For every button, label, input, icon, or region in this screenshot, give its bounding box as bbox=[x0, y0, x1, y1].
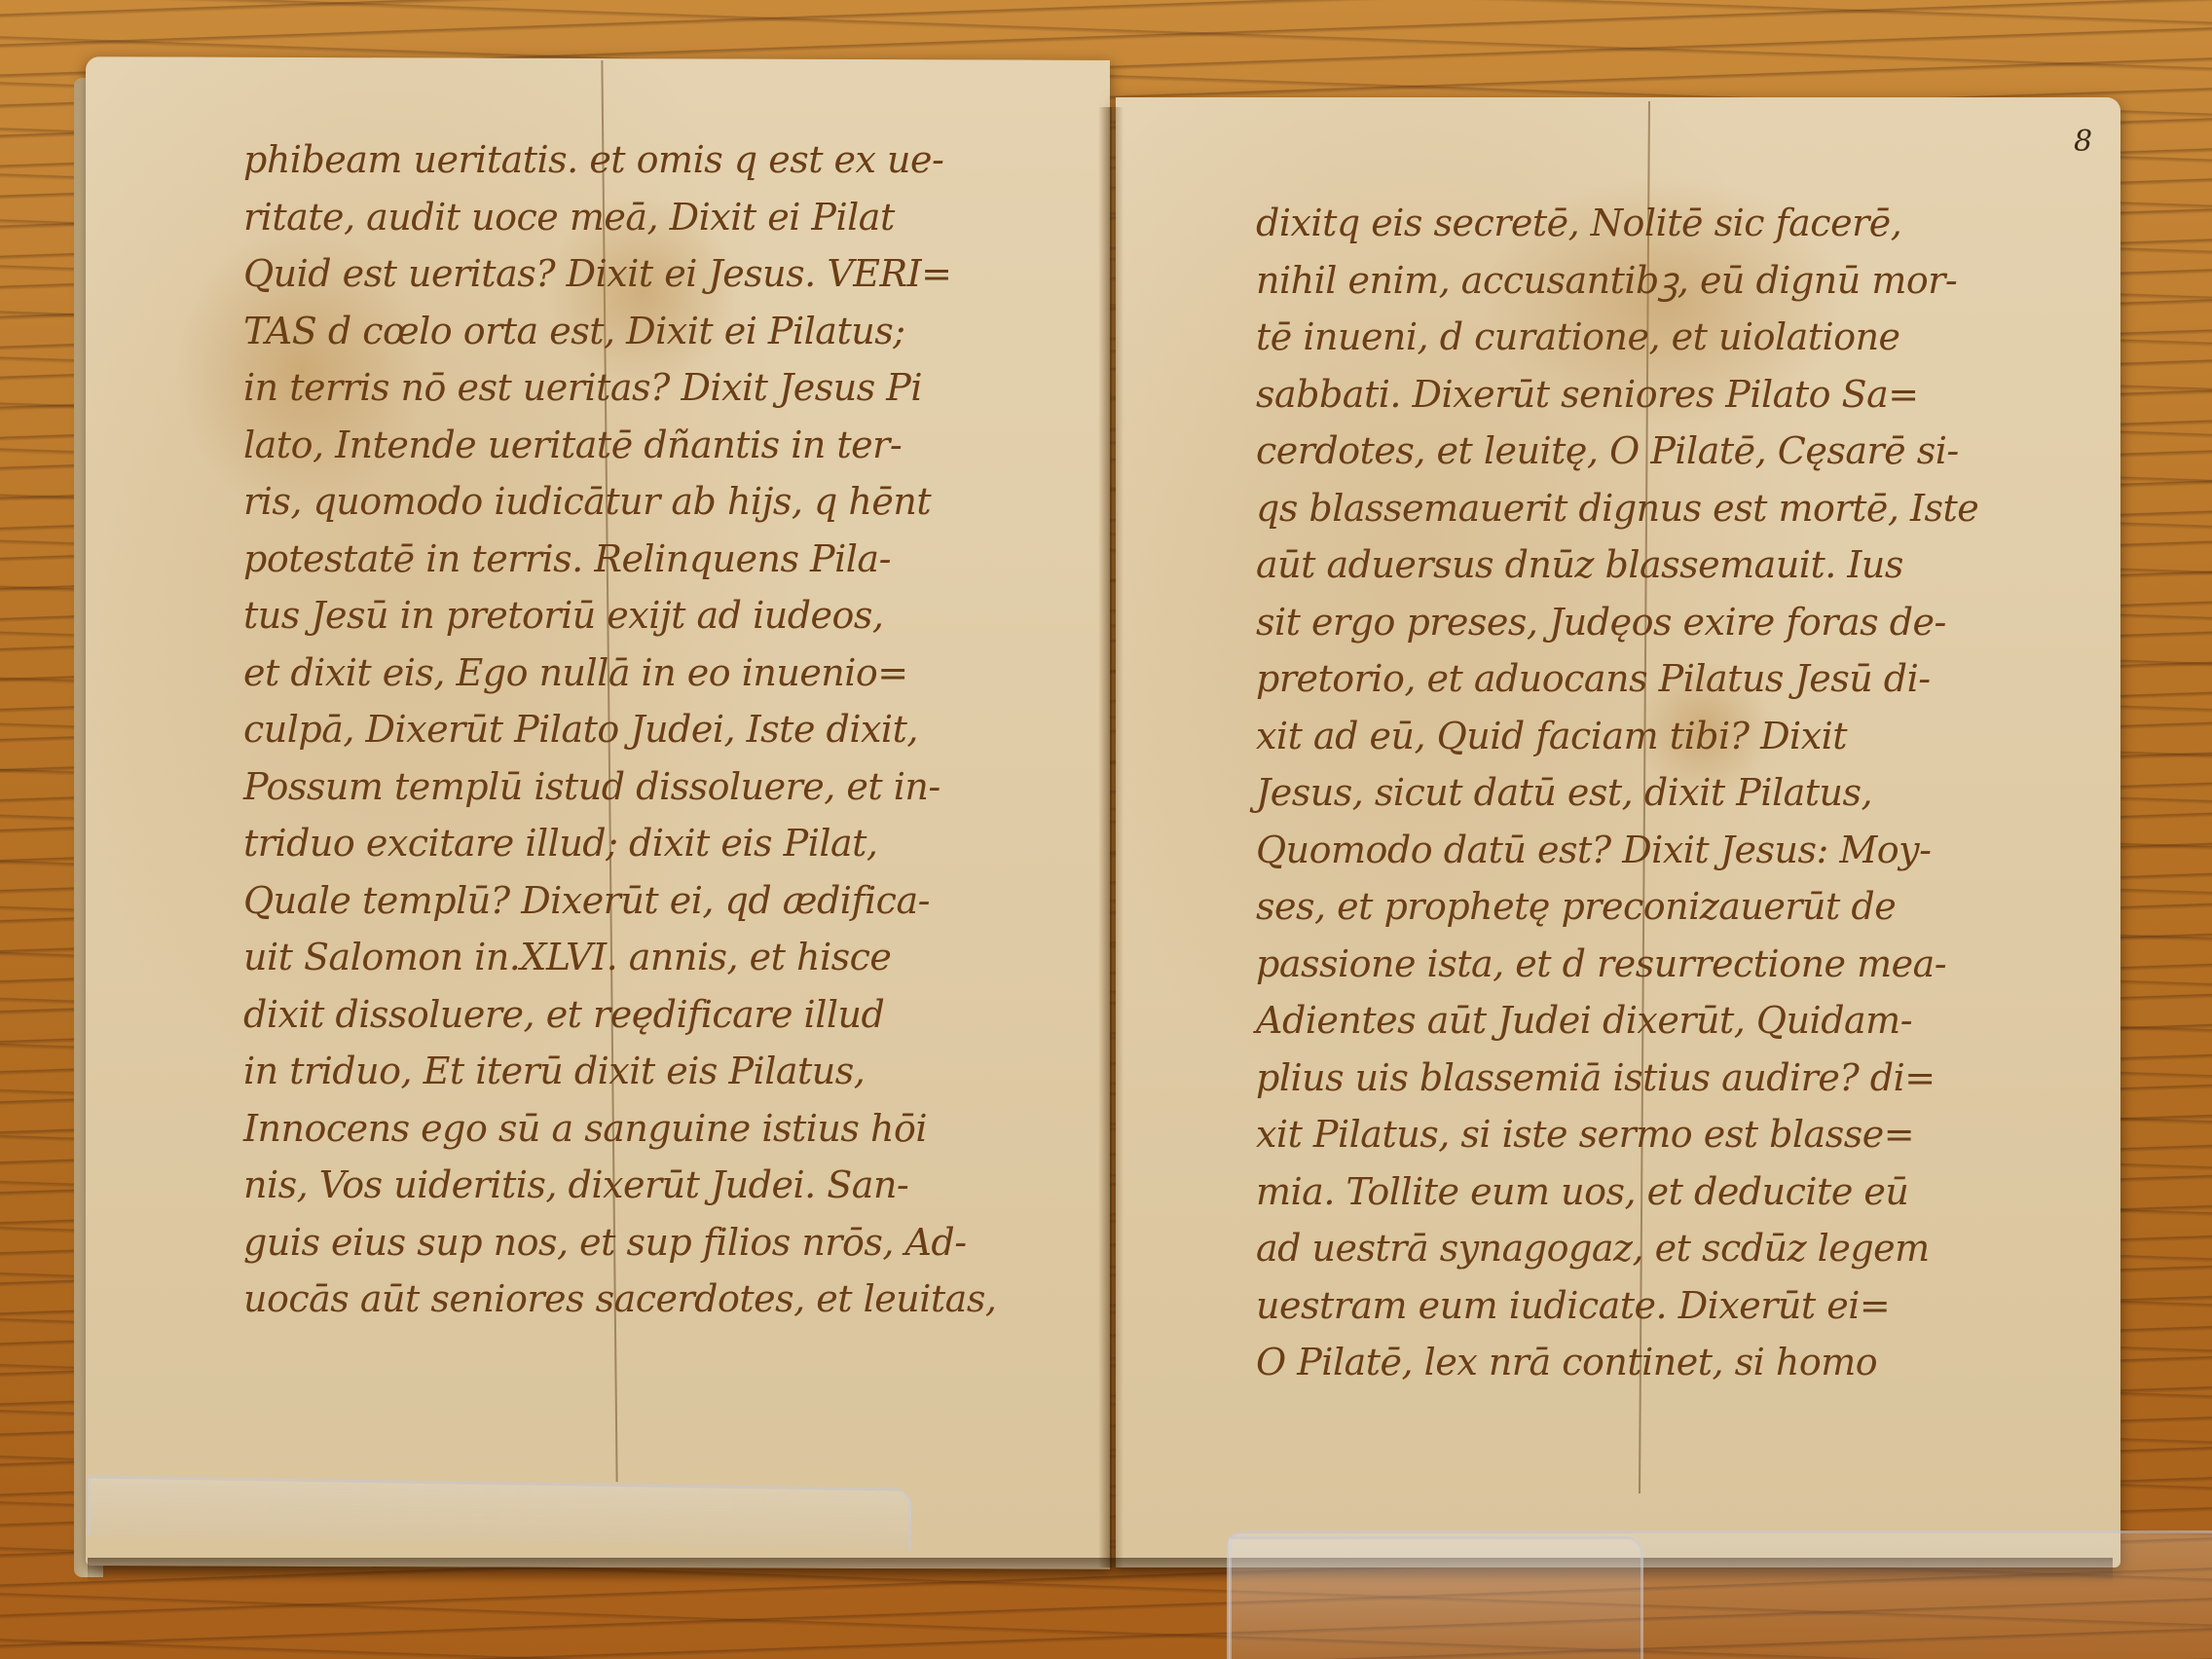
left-page-text: phibeam ueritatis. et omis q est ex ue- … bbox=[243, 131, 1013, 1328]
manuscript-line: uocās aūt seniores sacerdotes, et leuita… bbox=[243, 1271, 1013, 1328]
manuscript-line: phibeam ueritatis. et omis q est ex ue- bbox=[243, 131, 1013, 189]
manuscript-line: ritate, audit uoce meā, Dixit ei Pilat bbox=[243, 189, 1013, 246]
manuscript-line: dixitq eis secretē, Nolitē sic facerē, bbox=[1256, 195, 2035, 252]
manuscript-line: sabbati. Dixerūt seniores Pilato Sa= bbox=[1256, 366, 2035, 424]
manuscript-line: plius uis blassemiā istius audire? di= bbox=[1256, 1050, 2035, 1107]
manuscript-line: ris, quomodo iudicātur ab hijs, q hēnt bbox=[243, 473, 1013, 531]
book-gutter-fold bbox=[1098, 107, 1124, 1567]
manuscript-line: nihil enim, accusantibꝫ, eū dignū mor- bbox=[1256, 252, 2035, 310]
manuscript-line: tē inueni, d curatione, et uiolatione bbox=[1256, 309, 2035, 366]
manuscript-line: guis eius sup nos, et sup filios nrōs, A… bbox=[243, 1214, 1013, 1272]
manuscript-line: Innocens ego sū a sanguine istius hōi bbox=[243, 1100, 1013, 1158]
manuscript-line: in triduo, Et iterū dixit eis Pilatus, bbox=[243, 1043, 1013, 1100]
manuscript-line: sit ergo preses, Judęos exire foras de- bbox=[1256, 594, 2035, 651]
manuscript-line: Jesus, sicut datū est, dixit Pilatus, bbox=[1256, 764, 2035, 822]
manuscript-line: O Pilatē, lex nrā continet, si homo bbox=[1256, 1334, 2035, 1391]
manuscript-line: qs blassemauerit dignus est mortē, Iste bbox=[1256, 480, 2035, 537]
manuscript-line: passione ista, et d resurrectione mea- bbox=[1256, 936, 2035, 993]
manuscript-line: cerdotes, et leuitę, O Pilatē, Cęsarē si… bbox=[1256, 423, 2035, 480]
manuscript-line: Possum templū istud dissoluere, et in- bbox=[243, 758, 1013, 816]
right-page-text: dixitq eis secretē, Nolitē sic facerē, n… bbox=[1256, 195, 2035, 1391]
manuscript-line: Adientes aūt Judei dixerūt, Quidam- bbox=[1256, 992, 2035, 1050]
manuscript-line: dixit dissoluere, et reędificare illud bbox=[243, 986, 1013, 1044]
manuscript-line: potestatē in terris. Relinquens Pila- bbox=[243, 531, 1013, 588]
manuscript-line: Quomodo datū est? Dixit Jesus: Moy- bbox=[1256, 822, 2035, 879]
manuscript-line: aūt aduersus dnūz blassemauit. Ius bbox=[1256, 536, 2035, 594]
manuscript-line: pretorio, et aduocans Pilatus Jesū di- bbox=[1256, 650, 2035, 708]
manuscript-line: culpā, Dixerūt Pilato Judei, Iste dixit, bbox=[243, 701, 1013, 758]
acrylic-stand-right-upright bbox=[1229, 1536, 1643, 1659]
manuscript-line: uestram eum iudicate. Dixerūt ei= bbox=[1256, 1277, 2035, 1335]
manuscript-line: uit Salomon in.XLVI. annis, et hisce bbox=[243, 929, 1013, 986]
manuscript-line: ad uestrā synagogaz, et scdūz legem bbox=[1256, 1220, 2035, 1277]
manuscript-line: mia. Tollite eum uos, et deducite eū bbox=[1256, 1163, 2035, 1221]
acrylic-stand-left-clip bbox=[88, 1475, 911, 1549]
manuscript-line: TAS d cœlo orta est, Dixit ei Pilatus; bbox=[243, 303, 1013, 360]
manuscript-line: Quid est ueritas? Dixit ei Jesus. VERI= bbox=[243, 245, 1013, 303]
manuscript-line: Quale templū? Dixerūt ei, qd ædifica- bbox=[243, 872, 1013, 930]
manuscript-line: ses, et prophetę preconizauerūt de bbox=[1256, 878, 2035, 936]
manuscript-line: triduo excitare illud; dixit eis Pilat, bbox=[243, 815, 1013, 872]
manuscript-line: et dixit eis, Ego nullā in eo inuenio= bbox=[243, 645, 1013, 702]
manuscript-line: in terris nō est ueritas? Dixit Jesus Pi bbox=[243, 359, 1013, 417]
manuscript-line: xit Pilatus, si iste sermo est blasse= bbox=[1256, 1106, 2035, 1163]
manuscript-line: xit ad eū, Quid faciam tibi? Dixit bbox=[1256, 708, 2035, 765]
folio-number: 8 bbox=[2074, 125, 2092, 159]
manuscript-line: lato, Intende ueritatē dñantis in ter- bbox=[243, 417, 1013, 474]
manuscript-line: nis, Vos uideritis, dixerūt Judei. San- bbox=[243, 1157, 1013, 1214]
manuscript-line: tus Jesū in pretoriū exijt ad iudeos, bbox=[243, 587, 1013, 645]
